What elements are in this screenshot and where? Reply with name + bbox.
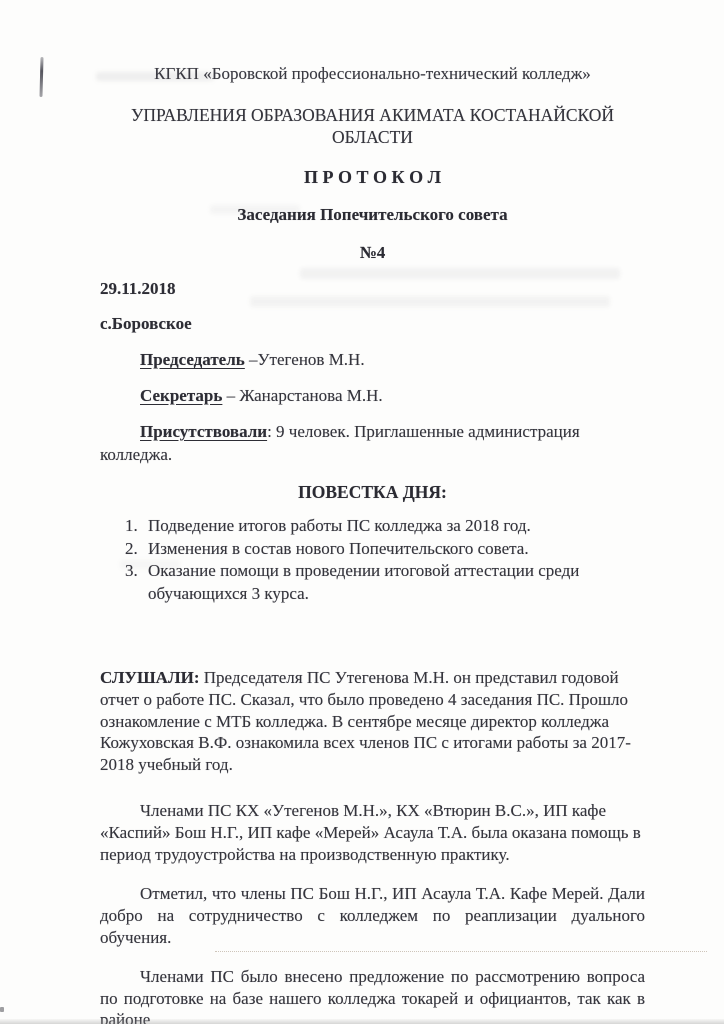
agenda-item: Оказание помощи в проведении итоговой ат…: [142, 560, 612, 605]
pen-stroke-artifact: [39, 57, 43, 97]
scanned-protocol-page: КГКП «Боровской профессионально-техничес…: [0, 0, 724, 1024]
agenda-section: ПОВЕСТКА ДНЯ: Подведение итогов работы П…: [100, 482, 645, 605]
agenda-item: Изменения в состав нового Попечительског…: [142, 538, 612, 561]
protocol-number: №4: [100, 242, 645, 264]
agenda-title: ПОВЕСТКА ДНЯ:: [100, 482, 645, 503]
agenda-item-text: Оказание помощи в проведении итоговой ат…: [148, 561, 579, 603]
attendees-label: Присутствовали: [140, 422, 267, 441]
agenda-item-text: Подведение итогов работы ПС колледжа за …: [148, 516, 531, 535]
members-help-paragraph: Членами ПС КХ «Утегенов М.Н.», КХ «Втюри…: [100, 800, 645, 865]
protocol-body: СЛУШАЛИ: Председателя ПС Утегенова М.Н. …: [100, 667, 645, 1024]
meeting-subtitle: Заседания Попечительского совета: [100, 204, 645, 226]
document-header: КГКП «Боровской профессионально-техничес…: [100, 64, 645, 264]
proposal-paragraph: Членами ПС было внесено предложение по р…: [100, 966, 645, 1024]
meeting-place: с.Боровское: [100, 313, 645, 335]
page-bottom-shadow: [0, 1019, 724, 1024]
scan-speck-artifact: [0, 1007, 4, 1012]
agenda-item: Подведение итогов работы ПС колледжа за …: [142, 515, 612, 538]
chairman-name: –Утегенов М.Н.: [245, 350, 365, 369]
agenda-list: Подведение итогов работы ПС колледжа за …: [142, 515, 612, 605]
attendees-line: Присутствовали: 9 человек. Приглашенные …: [100, 420, 612, 466]
chairman-label: Председатель: [140, 350, 245, 369]
secretary-label: Секретарь: [140, 386, 222, 405]
organization-name: КГКП «Боровской профессионально-техничес…: [100, 64, 645, 84]
department-name: УПРАВЛЕНИЯ ОБРАЗОВАНИЯ АКИМАТА КОСТАНАЙС…: [100, 104, 645, 148]
secretary-name: – Жанарстанова М.Н.: [222, 386, 382, 405]
meeting-date: 29.11.2018: [100, 278, 645, 300]
protocol-title: П Р О Т О К О Л: [100, 166, 645, 188]
heard-label: СЛУШАЛИ:: [100, 668, 200, 687]
heard-paragraph: СЛУШАЛИ: Председателя ПС Утегенова М.Н. …: [100, 667, 645, 776]
meeting-meta: 29.11.2018 с.Боровское Председатель –Уте…: [100, 278, 645, 466]
secretary-line: Секретарь – Жанарстанова М.Н.: [100, 384, 645, 407]
cooperation-paragraph: Отметил, что члены ПС Бош Н.Г., ИП Асаул…: [100, 883, 645, 948]
chairman-line: Председатель –Утегенов М.Н.: [100, 348, 645, 371]
agenda-item-text: Изменения в состав нового Попечительског…: [148, 539, 529, 558]
